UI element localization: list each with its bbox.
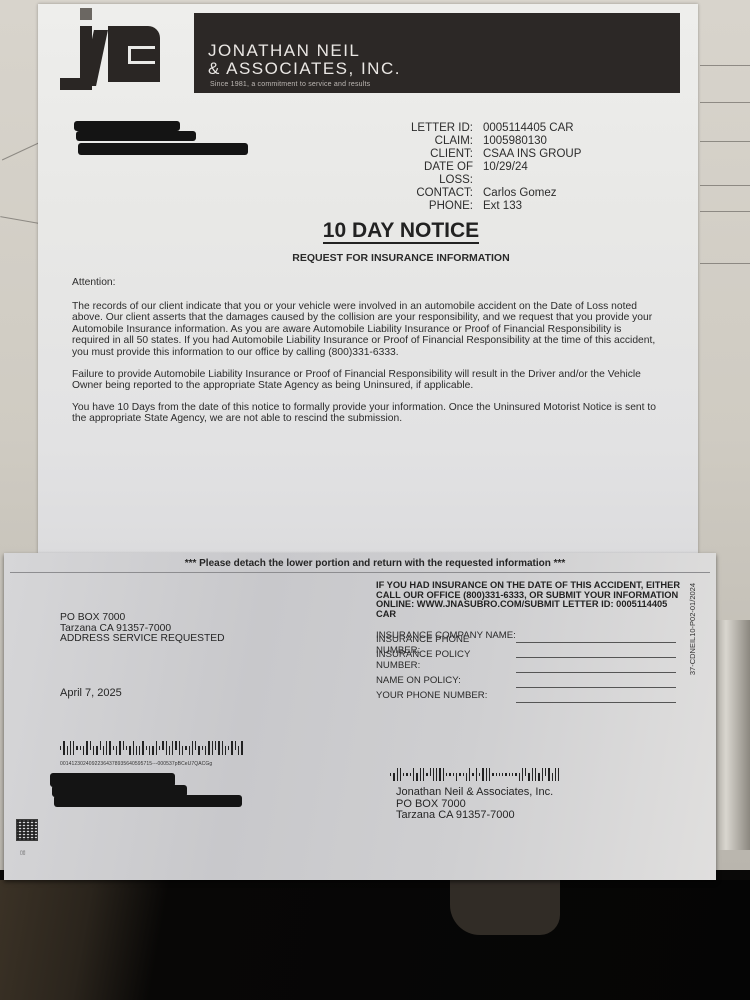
barcode-bar (103, 746, 104, 755)
field-label: NAME ON POLICY: (376, 675, 516, 686)
barcode-bar (225, 746, 226, 755)
logo-dot (80, 8, 92, 20)
barcode-bar (215, 741, 216, 750)
body-paragraph: The records of our client indicate that … (72, 301, 657, 359)
background-metal-edge (710, 620, 750, 850)
barcode-bar (116, 746, 117, 755)
barcode-bar (420, 768, 421, 781)
barcode-bar (241, 741, 242, 755)
barcode-bar (139, 746, 140, 755)
return-address-line: PO BOX 7000 (60, 613, 225, 624)
barcode-bar (472, 773, 473, 777)
salutation: Attention: (72, 277, 657, 289)
letterhead-banner: JONATHAN NEIL & ASSOCIATES, INC. Since 1… (194, 13, 680, 93)
barcode-bar (93, 746, 94, 755)
barcode-bar (433, 768, 434, 781)
redacted-recipient-line3 (78, 143, 248, 155)
barcode-bar (535, 768, 536, 781)
drafting-line (700, 102, 750, 103)
barcode-bar (430, 768, 431, 776)
barcode-bar (505, 773, 506, 777)
drafting-line (700, 211, 750, 212)
barcode-bar (119, 741, 120, 755)
notice-title: 10 DAY NOTICE (0, 219, 750, 243)
client-value: CSAA INS GROUP (483, 148, 581, 161)
return-address: PO BOX 7000 Tarzana CA 91357-7000 ADDRES… (60, 613, 225, 645)
barcode-bar (410, 773, 411, 777)
date-of-loss-value: 10/29/24 (483, 161, 528, 187)
barcode-bar (519, 773, 520, 781)
name-on-policy-blank[interactable] (516, 679, 676, 688)
barcode-bar (400, 768, 401, 781)
barcode-bar (403, 773, 404, 777)
insurance-phone-blank[interactable] (516, 649, 676, 658)
info-row-letter-id: LETTER ID: 0005114405 CAR (395, 122, 581, 135)
barcode-bar (185, 746, 186, 750)
barcode-bar (235, 741, 236, 750)
company-logo (58, 8, 178, 96)
drafting-line (2, 141, 43, 161)
redacted-address-line3 (54, 795, 242, 807)
info-label: DATE OF LOSS: (395, 161, 483, 187)
barcode-bar (96, 746, 97, 755)
barcode-bar (453, 773, 454, 777)
barcode-bar (86, 741, 87, 755)
info-label: CLIENT: (395, 148, 483, 161)
barcode-bar (522, 768, 523, 781)
drafting-line (700, 141, 750, 142)
company-name-line2: & ASSOCIATES, INC. (208, 59, 401, 79)
barcode-bar (413, 768, 414, 781)
letter-body: Attention: The records of our client ind… (72, 277, 657, 435)
barcode-bar (189, 746, 190, 755)
barcode-bar (446, 773, 447, 777)
barcode-bar (90, 741, 91, 750)
barcode-bar (67, 746, 68, 755)
postal-barcode-remit (390, 768, 559, 781)
barcode-bar (486, 768, 487, 781)
barcode-bar (397, 768, 398, 781)
barcode-bar (509, 773, 510, 777)
barcode-bar (218, 741, 219, 755)
barcode-bar (555, 768, 556, 781)
letter-id-value: 0005114405 CAR (483, 122, 574, 135)
return-address-line: ADDRESS SERVICE REQUESTED (60, 634, 225, 645)
field-policy-number: INSURANCE POLICY NUMBER: (376, 656, 676, 671)
field-name-on-policy: NAME ON POLICY: (376, 671, 676, 686)
your-phone-blank[interactable] (516, 694, 676, 703)
barcode-bar (449, 773, 450, 777)
barcode-bar (499, 773, 500, 777)
barcode-bar (76, 746, 77, 750)
barcode-bar (406, 773, 407, 777)
barcode-bar (169, 746, 170, 755)
barcode-bar (70, 741, 71, 755)
logo-n-right (108, 26, 118, 82)
barcode-bar (175, 741, 176, 750)
info-row-date-of-loss: DATE OF LOSS: 10/29/24 (395, 161, 581, 187)
barcode-bar (109, 741, 110, 755)
barcode-bar (525, 768, 526, 776)
barcode-bar (156, 741, 157, 755)
barcode-bar (83, 746, 84, 755)
barcode-bar (469, 768, 470, 781)
barcode-bar (166, 741, 167, 755)
barcode-bar (482, 768, 483, 781)
barcode-bar (476, 768, 477, 781)
barcode-bar (502, 773, 503, 777)
barcode-bar (136, 746, 137, 755)
barcode-bar (492, 773, 493, 777)
barcode-bar (390, 773, 391, 777)
drafting-line (700, 185, 750, 186)
barcode-bar (73, 741, 74, 755)
barcode-number: 00141230240922364378935640595715---00053… (60, 761, 212, 767)
policy-number-blank[interactable] (516, 664, 676, 673)
barcode-bar (142, 741, 143, 755)
barcode-bar (439, 768, 440, 781)
body-paragraph: Failure to provide Automobile Liability … (72, 369, 657, 392)
barcode-bar (231, 741, 232, 755)
barcode-bar (129, 746, 130, 755)
barcode-bar (532, 768, 533, 781)
barcode-bar (149, 746, 150, 755)
barcode-bar (528, 773, 529, 781)
barcode-bar (208, 741, 209, 755)
info-row-phone: PHONE: Ext 133 (395, 200, 581, 213)
info-row-client: CLIENT: CSAA INS GROUP (395, 148, 581, 161)
barcode-bar (179, 741, 180, 755)
barcode-bar (146, 746, 147, 750)
barcode-bar (123, 741, 124, 750)
letter-date: April 7, 2025 (60, 687, 122, 699)
barcode-bar (545, 768, 546, 776)
barcode-bar (152, 746, 153, 755)
barcode-bar (512, 773, 513, 777)
body-paragraph: You have 10 Days from the date of this n… (72, 402, 657, 425)
notice-title-text: 10 DAY NOTICE (323, 219, 479, 244)
field-your-phone: YOUR PHONE NUMBER: (376, 686, 676, 701)
datamatrix-code-icon (16, 819, 38, 841)
barcode-bar (172, 741, 173, 755)
barcode-bar (393, 773, 394, 781)
barcode-bar (423, 768, 424, 781)
barcode-bar (443, 768, 444, 781)
background-floor (0, 880, 750, 1000)
info-label: CONTACT: (395, 187, 483, 200)
barcode-bar (459, 773, 460, 777)
remit-address: Jonathan Neil & Associates, Inc. PO BOX … (396, 787, 553, 822)
barcode-bar (466, 773, 467, 781)
barcode-bar (548, 768, 549, 781)
barcode-bar (182, 746, 183, 755)
barcode-bar (496, 773, 497, 777)
insurance-form: INSURANCE COMPANY NAME: INSURANCE PHONE … (376, 626, 676, 701)
claim-info-block: LETTER ID: 0005114405 CAR CLAIM: 1005980… (395, 122, 581, 213)
company-tagline: Since 1981, a commitment to service and … (210, 81, 370, 88)
redacted-recipient-line2 (76, 131, 196, 141)
barcode-bar (222, 741, 223, 755)
claim-value: 1005980130 (483, 135, 547, 148)
barcode-bar (489, 768, 490, 781)
logo-a-inner (128, 46, 155, 64)
barcode-bar (463, 773, 464, 777)
barcode-bar (100, 741, 101, 750)
contact-value: Carlos Gomez (483, 187, 557, 200)
barcode-bar (456, 773, 457, 781)
notice-subtitle: REQUEST FOR INSURANCE INFORMATION (0, 252, 750, 264)
barcode-bar (558, 768, 559, 781)
barcode-bar (198, 746, 199, 755)
remit-address-line: Tarzana CA 91357-7000 (396, 810, 553, 822)
info-row-claim: CLAIM: 1005980130 (395, 135, 581, 148)
barcode-bar (60, 746, 61, 750)
detach-instruction: *** Please detach the lower portion and … (0, 558, 750, 569)
barcode-bar (106, 741, 107, 755)
info-label: LETTER ID: (395, 122, 483, 135)
info-row-contact: CONTACT: Carlos Gomez (395, 187, 581, 200)
drafting-line (700, 65, 750, 66)
barcode-bar (238, 746, 239, 755)
field-label: YOUR PHONE NUMBER: (376, 690, 516, 701)
barcode-bar (228, 746, 229, 750)
barcode-bar (202, 746, 203, 750)
barcode-bar (538, 773, 539, 781)
phone-value: Ext 133 (483, 200, 522, 213)
perforation-line (10, 572, 710, 573)
barcode-bar (212, 741, 213, 755)
barcode-bar (436, 768, 437, 781)
field-label: INSURANCE POLICY NUMBER: (376, 649, 516, 671)
company-name-line1: JONATHAN NEIL (208, 41, 360, 61)
submission-instructions: IF YOU HAD INSURANCE ON THE DATE OF THIS… (376, 581, 686, 619)
tiny-print-mark: ▯▯ (20, 850, 26, 856)
info-label: CLAIM: (395, 135, 483, 148)
info-label: PHONE: (395, 200, 483, 213)
redacted-recipient-line1 (74, 121, 180, 131)
barcode-bar (126, 746, 127, 750)
barcode-bar (113, 746, 114, 750)
barcode-bar (205, 746, 206, 755)
barcode-bar (515, 773, 516, 777)
barcode-bar (426, 773, 427, 777)
barcode-bar (552, 773, 553, 781)
barcode-bar (80, 746, 81, 750)
barcode-bar (542, 768, 543, 781)
barcode-bar (479, 773, 480, 777)
barcode-bar (63, 741, 64, 755)
postal-barcode-recipient (60, 741, 243, 755)
remit-address-line: Jonathan Neil & Associates, Inc. (396, 787, 553, 799)
barcode-bar (159, 746, 160, 750)
barcode-bar (162, 741, 163, 750)
barcode-bar (192, 741, 193, 755)
barcode-bar (133, 741, 134, 755)
background-object (450, 880, 560, 935)
insurance-company-blank[interactable] (516, 634, 676, 643)
barcode-bar (195, 741, 196, 750)
form-code: 37-CDNEIL10-P02-01/2024 (688, 583, 697, 675)
barcode-bar (416, 773, 417, 781)
